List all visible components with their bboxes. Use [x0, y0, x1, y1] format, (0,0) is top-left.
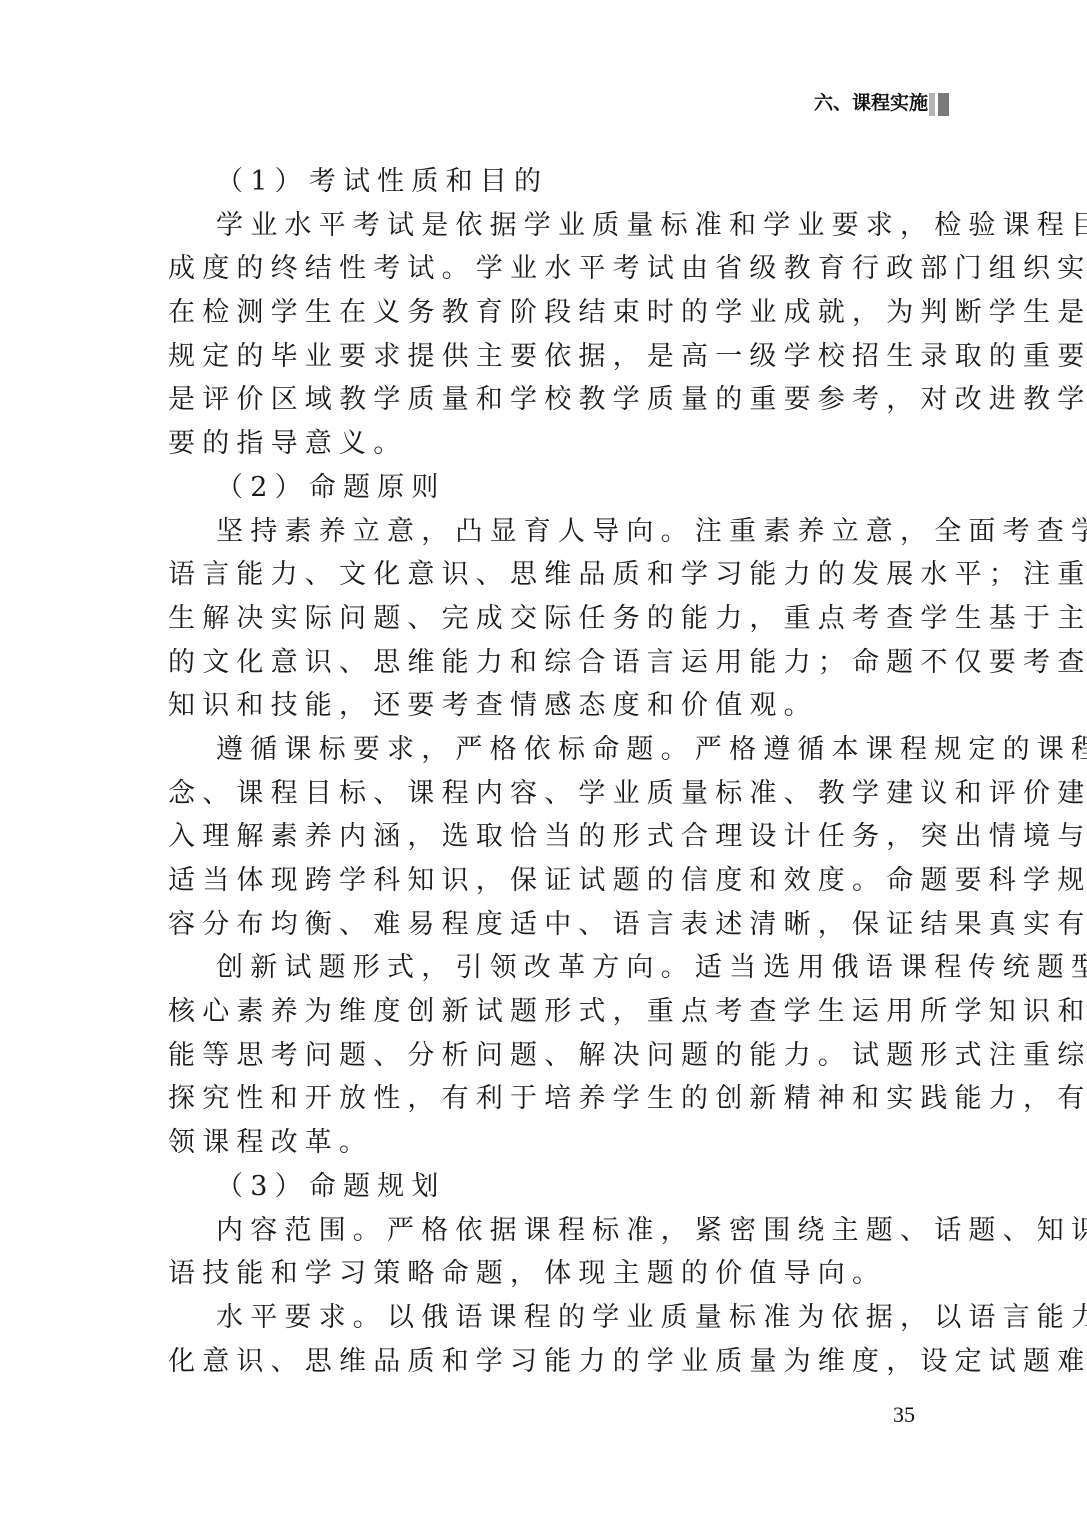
header-bar-dark	[938, 93, 949, 116]
text-line: 探究性和开放性，有利于培养学生的创新精神和实践能力，有利于引	[168, 1077, 928, 1121]
section-heading-3: （3）命题规划	[168, 1165, 928, 1209]
text-line: 在检测学生在义务教育阶段结束时的学业成就，为判断学生是否达到	[168, 291, 928, 335]
text-line: 坚持素养立意，凸显育人导向。注重素养立意，全面考查学生的	[168, 510, 928, 554]
text-line: 语技能和学习策略命题，体现主题的价值导向。	[168, 1252, 928, 1296]
text-line: 内容范围。严格依据课程标准，紧密围绕主题、话题、知识、言	[168, 1209, 928, 1253]
text-line: 知识和技能，还要考查情感态度和价值观。	[168, 684, 928, 728]
text-line: 能等思考问题、分析问题、解决问题的能力。试题形式注重综合性、	[168, 1034, 928, 1078]
text-line: 要的指导意义。	[168, 422, 928, 466]
text-line: 念、课程目标、课程内容、学业质量标准、教学建议和评价建议，深	[168, 772, 928, 816]
section-heading-1: （1）考试性质和目的	[168, 160, 928, 204]
text-line: 学业水平考试是依据学业质量标准和学业要求，检验课程目标达	[168, 204, 928, 248]
page-number: 35	[893, 1400, 915, 1430]
text-line: 入理解素养内涵，选取恰当的形式合理设计任务，突出情境与交际，	[168, 815, 928, 859]
section-heading-2: （2）命题原则	[168, 466, 928, 510]
text-line: 核心素养为维度创新试题形式，重点考查学生运用所学知识和言语技	[168, 990, 928, 1034]
text-line: 容分布均衡、难易程度适中、语言表述清晰，保证结果真实有效。	[168, 903, 928, 947]
text-line: 遵循课标要求，严格依标命题。严格遵循本课程规定的课程理	[168, 728, 928, 772]
text-line: 适当体现跨学科知识，保证试题的信度和效度。命题要科学规范，内	[168, 859, 928, 903]
text-line: 是评价区域教学质量和学校教学质量的重要参考，对改进教学具有重	[168, 378, 928, 422]
text-line: 领课程改革。	[168, 1121, 928, 1165]
text-line: 规定的毕业要求提供主要依据，是高一级学校招生录取的重要依据，	[168, 335, 928, 379]
text-line: 化意识、思维品质和学习能力的学业质量为维度，设定试题难易程度	[168, 1340, 928, 1384]
chapter-title: 六、课程实施	[760, 88, 928, 118]
text-line: 创新试题形式，引领改革方向。适当选用俄语课程传统题型，以	[168, 946, 928, 990]
text-line: 成度的终结性考试。学业水平考试由省级教育行政部门组织实施，旨	[168, 247, 928, 291]
header-bar-light	[929, 93, 935, 116]
body-text: （1）考试性质和目的 学业水平考试是依据学业质量标准和学业要求，检验课程目标达 …	[168, 160, 928, 1383]
text-line: 的文化意识、思维能力和综合语言运用能力；命题不仅要考查学生的	[168, 641, 928, 685]
text-line: 生解决实际问题、完成交际任务的能力，重点考查学生基于主题情境	[168, 597, 928, 641]
text-line: 水平要求。以俄语课程的学业质量标准为依据，以语言能力、文	[168, 1296, 928, 1340]
text-line: 语言能力、文化意识、思维品质和学习能力的发展水平；注重考查学	[168, 553, 928, 597]
